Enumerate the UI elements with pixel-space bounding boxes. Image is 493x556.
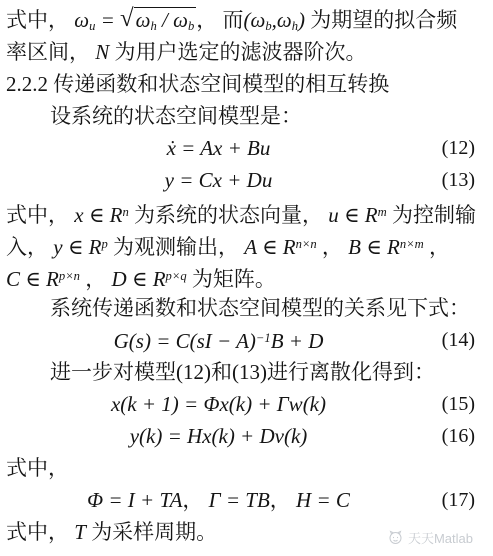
cat-logo-icon [388,530,403,545]
formula: x(k + 1) = Φx(k) + Γw(k) [6,388,431,420]
math-run: y ∈ R [53,235,101,259]
math-run: Γ = TB [209,488,270,512]
math-run: x ∈ R [74,203,122,227]
math-run: H = C [296,488,350,512]
math-run: y(k) = Hx(k) + Dv(k) [130,424,308,448]
text-line: 式中， x ∈ Rn 为系统的状态向量， u ∈ Rm 为控制输 [6,196,487,228]
text-line: 系统传递函数和状态空间模型的关系见下式： [6,292,487,324]
sup-run: p×n [59,269,80,283]
math-run: = [95,8,120,32]
math-run: (ω [243,8,265,32]
sup-run: −1 [256,331,271,345]
cn-run: 传递函数和状态空间模型的相互转换 [48,72,389,96]
cn-run: 为用户选定的滤波器阶次。 [109,40,366,64]
cn-run: 和 [211,360,232,384]
sup-run: p×q [166,269,187,283]
watermark-label: 天天Matlab [408,528,473,547]
formula: y(k) = Hx(k) + Dv(k) [6,420,431,452]
cn-run: ， [424,235,450,259]
cn-run: ， [196,8,217,32]
math-run: Φ = I + TA [87,488,182,512]
equation-line: y = Cx + Du(13) [6,164,487,196]
text-line: 率区间， N 为用户选定的滤波器阶次。 [6,36,487,68]
rm-run: (12) [176,360,211,384]
text-line: 设系统的状态空间模型是： [6,100,487,132]
formula: G(s) = C(sI − A)−1B + D [6,322,431,357]
cn-run: ， [182,488,208,512]
cn-run: 式中， [6,8,74,32]
text-line: 进一步对模型(12)和(13)进行离散化得到： [6,356,487,388]
cn-run: ， [317,235,349,259]
cn-run: 进行离散化得到： [267,360,435,384]
equation-line: G(s) = C(sI − A)−1B + D(14) [6,324,487,356]
section-heading: 2.2.2 传递函数和状态空间模型的相互转换 [6,68,487,100]
cn-run: 式中， [6,456,69,480]
cn-run: 为采样周期。 [86,520,217,544]
cn-run: 率区间， [6,40,95,64]
cn-run: 入， [6,235,53,259]
math-run: u ∈ R [328,203,377,227]
equation-line: x(k + 1) = Φx(k) + Γw(k)(15) [6,388,487,420]
math-run: / ω [157,8,188,32]
document-body: 式中， ωu = √ωh / ωb， 而(ωb,ωh) 为期望的拟合频率区间， … [0,0,493,548]
equation-number: (16) [431,420,487,452]
cn-run: 为控制输 [387,203,476,227]
sub-run: b [188,19,194,33]
cn-run: 为期望的拟合频 [305,8,457,32]
cn-run: 设系统的状态空间模型是： [50,104,302,128]
math-run: y = Cx + Du [165,168,273,192]
cn-run: ， [80,267,112,291]
rm-run: 2.2.2 [6,72,48,96]
watermark: 天天Matlab [388,528,473,547]
math-run: A ∈ R [244,235,295,259]
math-run: ω [74,8,89,32]
text-line: 式中， ωu = √ωh / ωb， 而(ωb,ωh) 为期望的拟合频 [6,4,487,36]
math-run: B ∈ R [348,235,400,259]
equation-number: (12) [431,132,487,164]
cn-run: 式中， [6,520,74,544]
cn-run: 式中， [6,203,74,227]
equation-number: (14) [431,324,487,356]
equation-line: ẋ = Ax + Bu(12) [6,132,487,164]
cn-run: 为观测输出， [108,235,245,259]
math-run: ω [136,8,151,32]
cn-run: 为系统的状态向量， [129,203,329,227]
sup-run: n×n [296,237,317,251]
math-run: D ∈ R [111,267,165,291]
math-run: T [74,520,86,544]
rm-run: (13) [232,360,267,384]
cn-run: 进一步对模型 [50,360,176,384]
radical-sign: √ [120,3,134,35]
page: 式中， ωu = √ωh / ωb， 而(ωb,ωh) 为期望的拟合频率区间， … [0,0,493,556]
math-run: C ∈ R [6,267,59,291]
equation-number: (13) [431,164,487,196]
formula: ẋ = Ax + Bu [6,132,431,164]
cn-run: 系统传递函数和状态空间模型的关系见下式： [50,296,470,320]
cn-run: ， [270,488,296,512]
text-line: C ∈ Rp×n ， D ∈ Rp×q 为矩阵。 [6,260,487,292]
text-line: 式中， [6,452,487,484]
math-run: B + D [271,330,324,354]
equation-number: (15) [431,388,487,420]
equation-line: y(k) = Hx(k) + Dv(k)(16) [6,420,487,452]
math-run: ) [298,8,305,32]
sqrt-overline-group: ωh / ωb [134,7,197,34]
math-run: G(s) = C(sI − A) [114,330,256,354]
math-run: x(k + 1) = Φx(k) + Γw(k) [111,392,326,416]
math-run: ,ω [272,8,292,32]
equation-line: Φ = I + TA， Γ = TB， H = C(17) [6,484,487,516]
math-run: N [95,40,109,64]
formula: y = Cx + Du [6,164,431,196]
math-run: ẋ = Ax + Bu [167,136,271,160]
sup-run: m [378,205,387,219]
cn-run: 而 [217,8,243,32]
formula: Φ = I + TA， Γ = TB， H = C [6,484,431,516]
cn-run: 为矩阵。 [187,267,276,291]
equation-number: (17) [431,484,487,516]
sup-run: n×m [400,237,424,251]
text-line: 入， y ∈ Rp 为观测输出， A ∈ Rn×n ， B ∈ Rn×m ， [6,228,487,260]
